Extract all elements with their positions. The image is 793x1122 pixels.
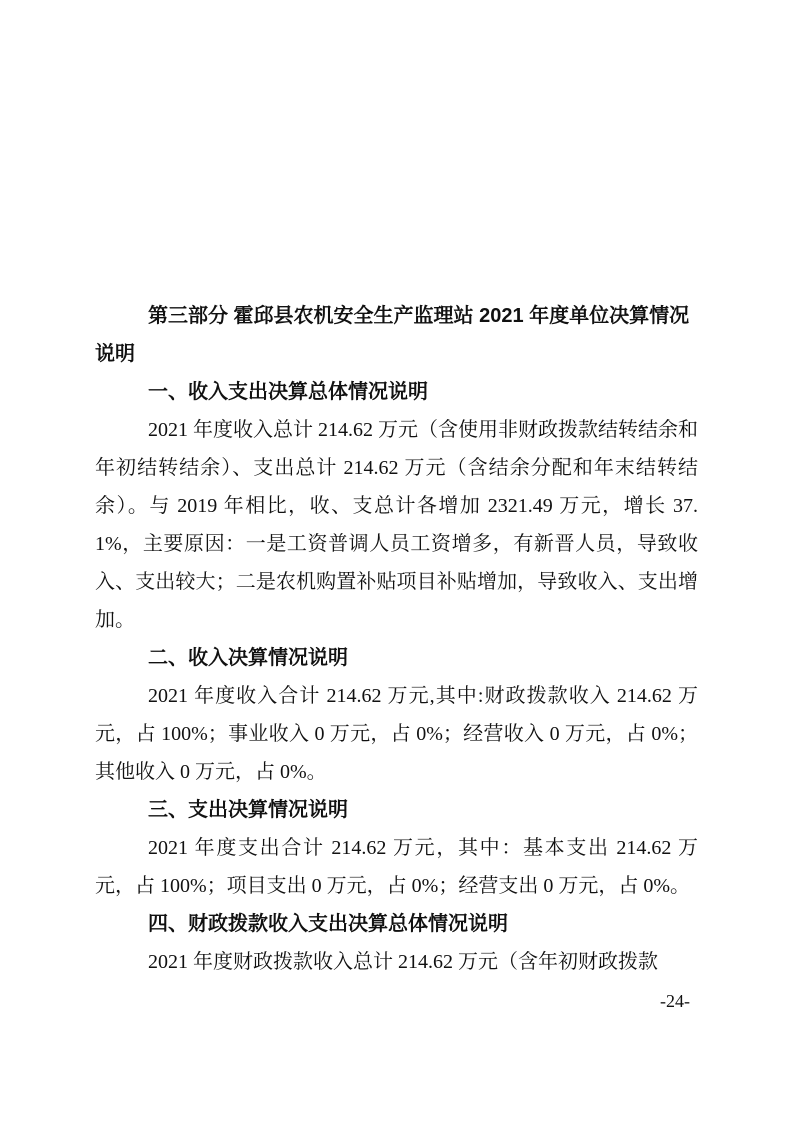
section-4-paragraph: 2021 年度财政拨款收入总计 214.62 万元（含年初财政拨款 [95, 943, 698, 981]
section-1-paragraph: 2021 年度收入总计 214.62 万元（含使用非财政拨款结转结余和年初结转结… [95, 411, 698, 639]
section-1-heading: 一、收入支出决算总体情况说明 [95, 373, 698, 411]
section-2-heading: 二、收入决算情况说明 [95, 639, 698, 677]
document-page: 第三部分 霍邱县农机安全生产监理站 2021 年度单位决算情况说明 一、收入支出… [0, 0, 793, 1122]
document-content: 第三部分 霍邱县农机安全生产监理站 2021 年度单位决算情况说明 一、收入支出… [95, 297, 698, 981]
section-4-heading: 四、财政拨款收入支出决算总体情况说明 [95, 905, 698, 943]
section-2-paragraph: 2021 年度收入合计 214.62 万元,其中:财政拨款收入 214.62 万… [95, 677, 698, 791]
page-number: -24- [660, 989, 690, 1013]
section-3-paragraph: 2021 年度支出合计 214.62 万元，其中：基本支出 214.62 万元，… [95, 829, 698, 905]
section-3-heading: 三、支出决算情况说明 [95, 791, 698, 829]
document-title: 第三部分 霍邱县农机安全生产监理站 2021 年度单位决算情况说明 [95, 297, 698, 373]
